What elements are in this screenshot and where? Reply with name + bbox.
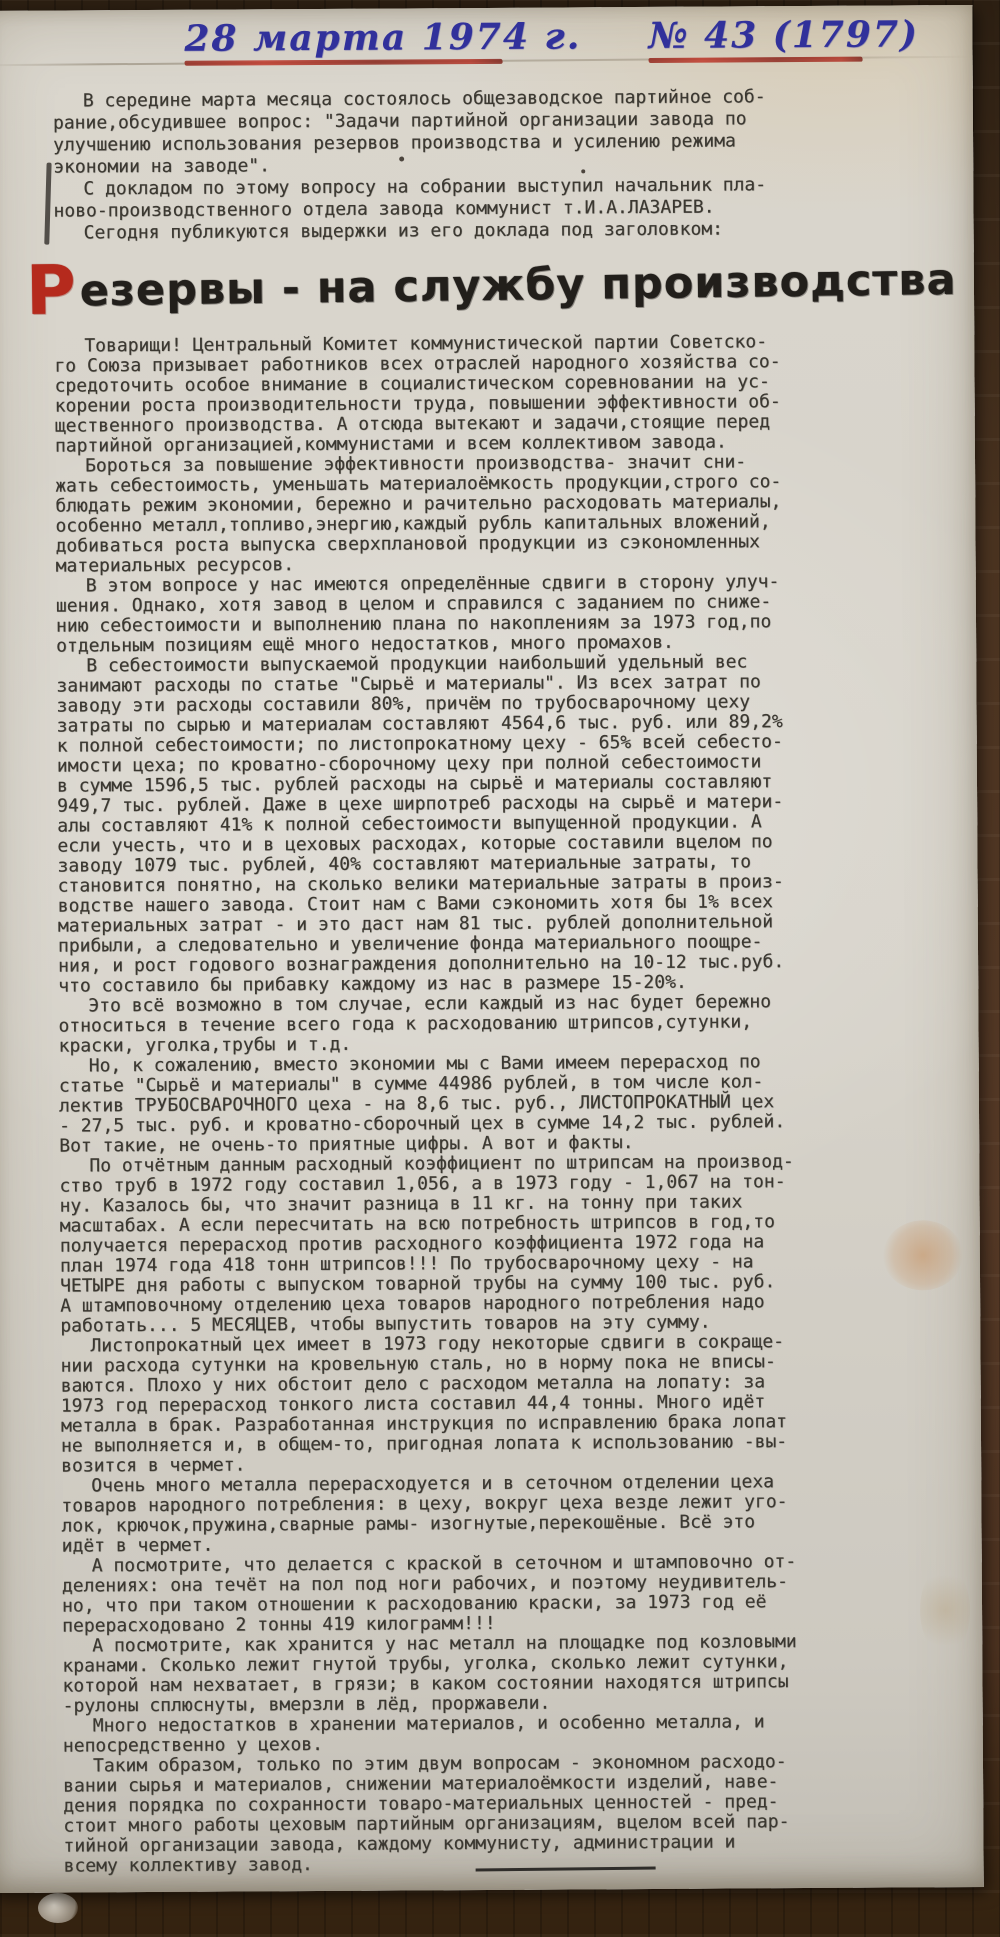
article-paragraph: Это всё возможно в том случае, если кажд…: [58, 991, 972, 1057]
article-paragraph: В себестоимости выпускаемой продукции на…: [56, 651, 972, 997]
intro-block: В середине марта месяца состоялось общез…: [53, 85, 968, 245]
margin-ink-mark: [44, 163, 51, 245]
paper-stain: [883, 1220, 963, 1290]
article-paragraph: Таким образом, только по этим двум вопро…: [63, 1751, 978, 1877]
issue-date-text: 28 марта 1974 г.: [184, 15, 581, 59]
document-page: 28 марта 1974 г. № 43 (1797) В середине …: [0, 5, 984, 1893]
article-paragraph: Товарищи! Центральный Комитет коммунисти…: [54, 331, 969, 457]
article-body: Товарищи! Центральный Комитет коммунисти…: [54, 331, 977, 1877]
article-headline: Резервы - на службу производства: [25, 242, 968, 330]
article-paragraph: Но, к сожалению, вместо экономии мы с Ва…: [59, 1051, 974, 1157]
issue-number-text: № 43 (1797): [648, 13, 919, 57]
issue-number: № 43 (1797): [648, 13, 919, 63]
article-paragraph: Листопрокатный цех имеет в 1973 году нек…: [60, 1331, 975, 1477]
article-paragraph: Бороться за повышение эффективности прои…: [55, 451, 970, 577]
article-paragraph: В этом вопросе у нас имеются определённы…: [56, 571, 970, 657]
paper-speck: [581, 169, 585, 173]
photo-background: 28 марта 1974 г. № 43 (1797) В середине …: [0, 0, 1000, 1937]
issue-date: 28 марта 1974 г.: [184, 15, 581, 65]
intro-paragraph: С докладом по этому вопросу на собрании …: [53, 173, 967, 223]
headline-initial: Р: [25, 251, 77, 331]
pebble: [38, 1893, 78, 1923]
article-paragraph: Очень много металла перерасходуется и в …: [61, 1471, 975, 1557]
article-paragraph: А посмотрите, что делается с краской в с…: [62, 1551, 976, 1637]
intro-paragraph: В середине марта месяца состоялось общез…: [53, 85, 968, 179]
intro-paragraph: Сегодня публикуются выдержки из его докл…: [54, 217, 968, 245]
article-paragraph: Много недостатков в хранении материалов,…: [63, 1711, 977, 1757]
headline-rest: езервы - на службу производства: [80, 255, 957, 316]
page-content: В середине марта месяца состоялось общез…: [52, 5, 977, 1877]
article-paragraph: А посмотрите, как хранится у нас металл …: [62, 1631, 976, 1717]
paper-speck: [399, 156, 404, 161]
article-paragraph: По отчётным данным расходный коэффициент…: [59, 1151, 974, 1337]
paper-stain: [920, 1565, 971, 1655]
